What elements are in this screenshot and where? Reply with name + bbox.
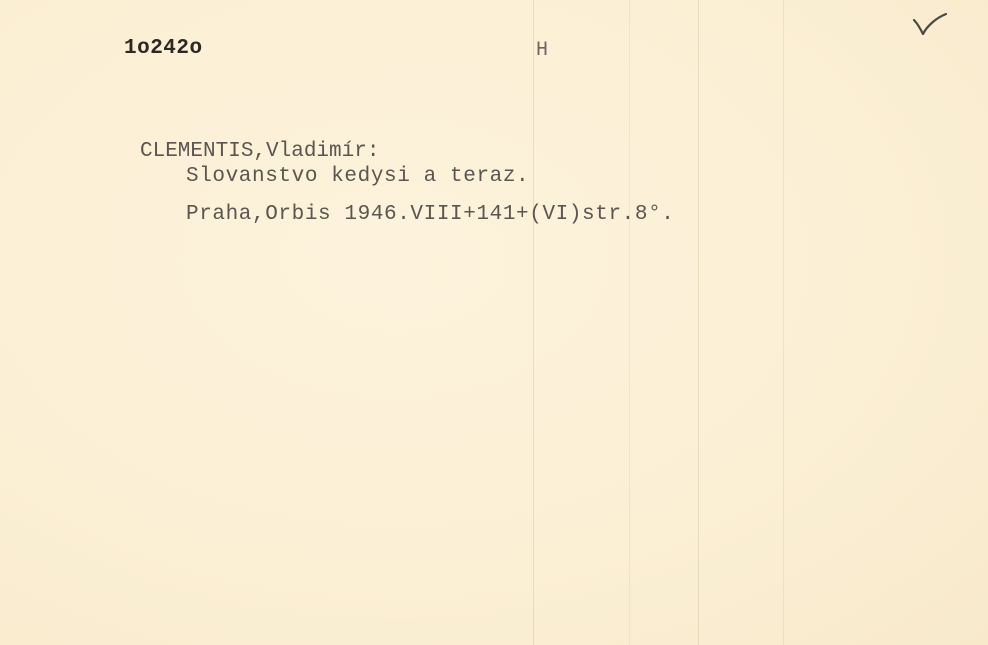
catalog-card: 1o242o H CLEMENTIS,Vladimír: Slovanstvo … — [0, 0, 988, 645]
checkmark-icon — [912, 12, 948, 38]
paper-fold-line — [533, 0, 534, 645]
author-heading: CLEMENTIS,Vladimír: — [140, 140, 379, 164]
shelf-mark: H — [536, 39, 549, 63]
paper-fold-line — [629, 0, 630, 645]
paper-fold-line — [783, 0, 784, 645]
paper-fold-line — [698, 0, 699, 645]
imprint-line: Praha,Orbis 1946.VIII+141+(VI)str.8°. — [186, 203, 674, 227]
book-title: Slovanstvo kedysi a teraz. — [186, 165, 529, 189]
accession-number: 1o242o — [124, 37, 203, 61]
